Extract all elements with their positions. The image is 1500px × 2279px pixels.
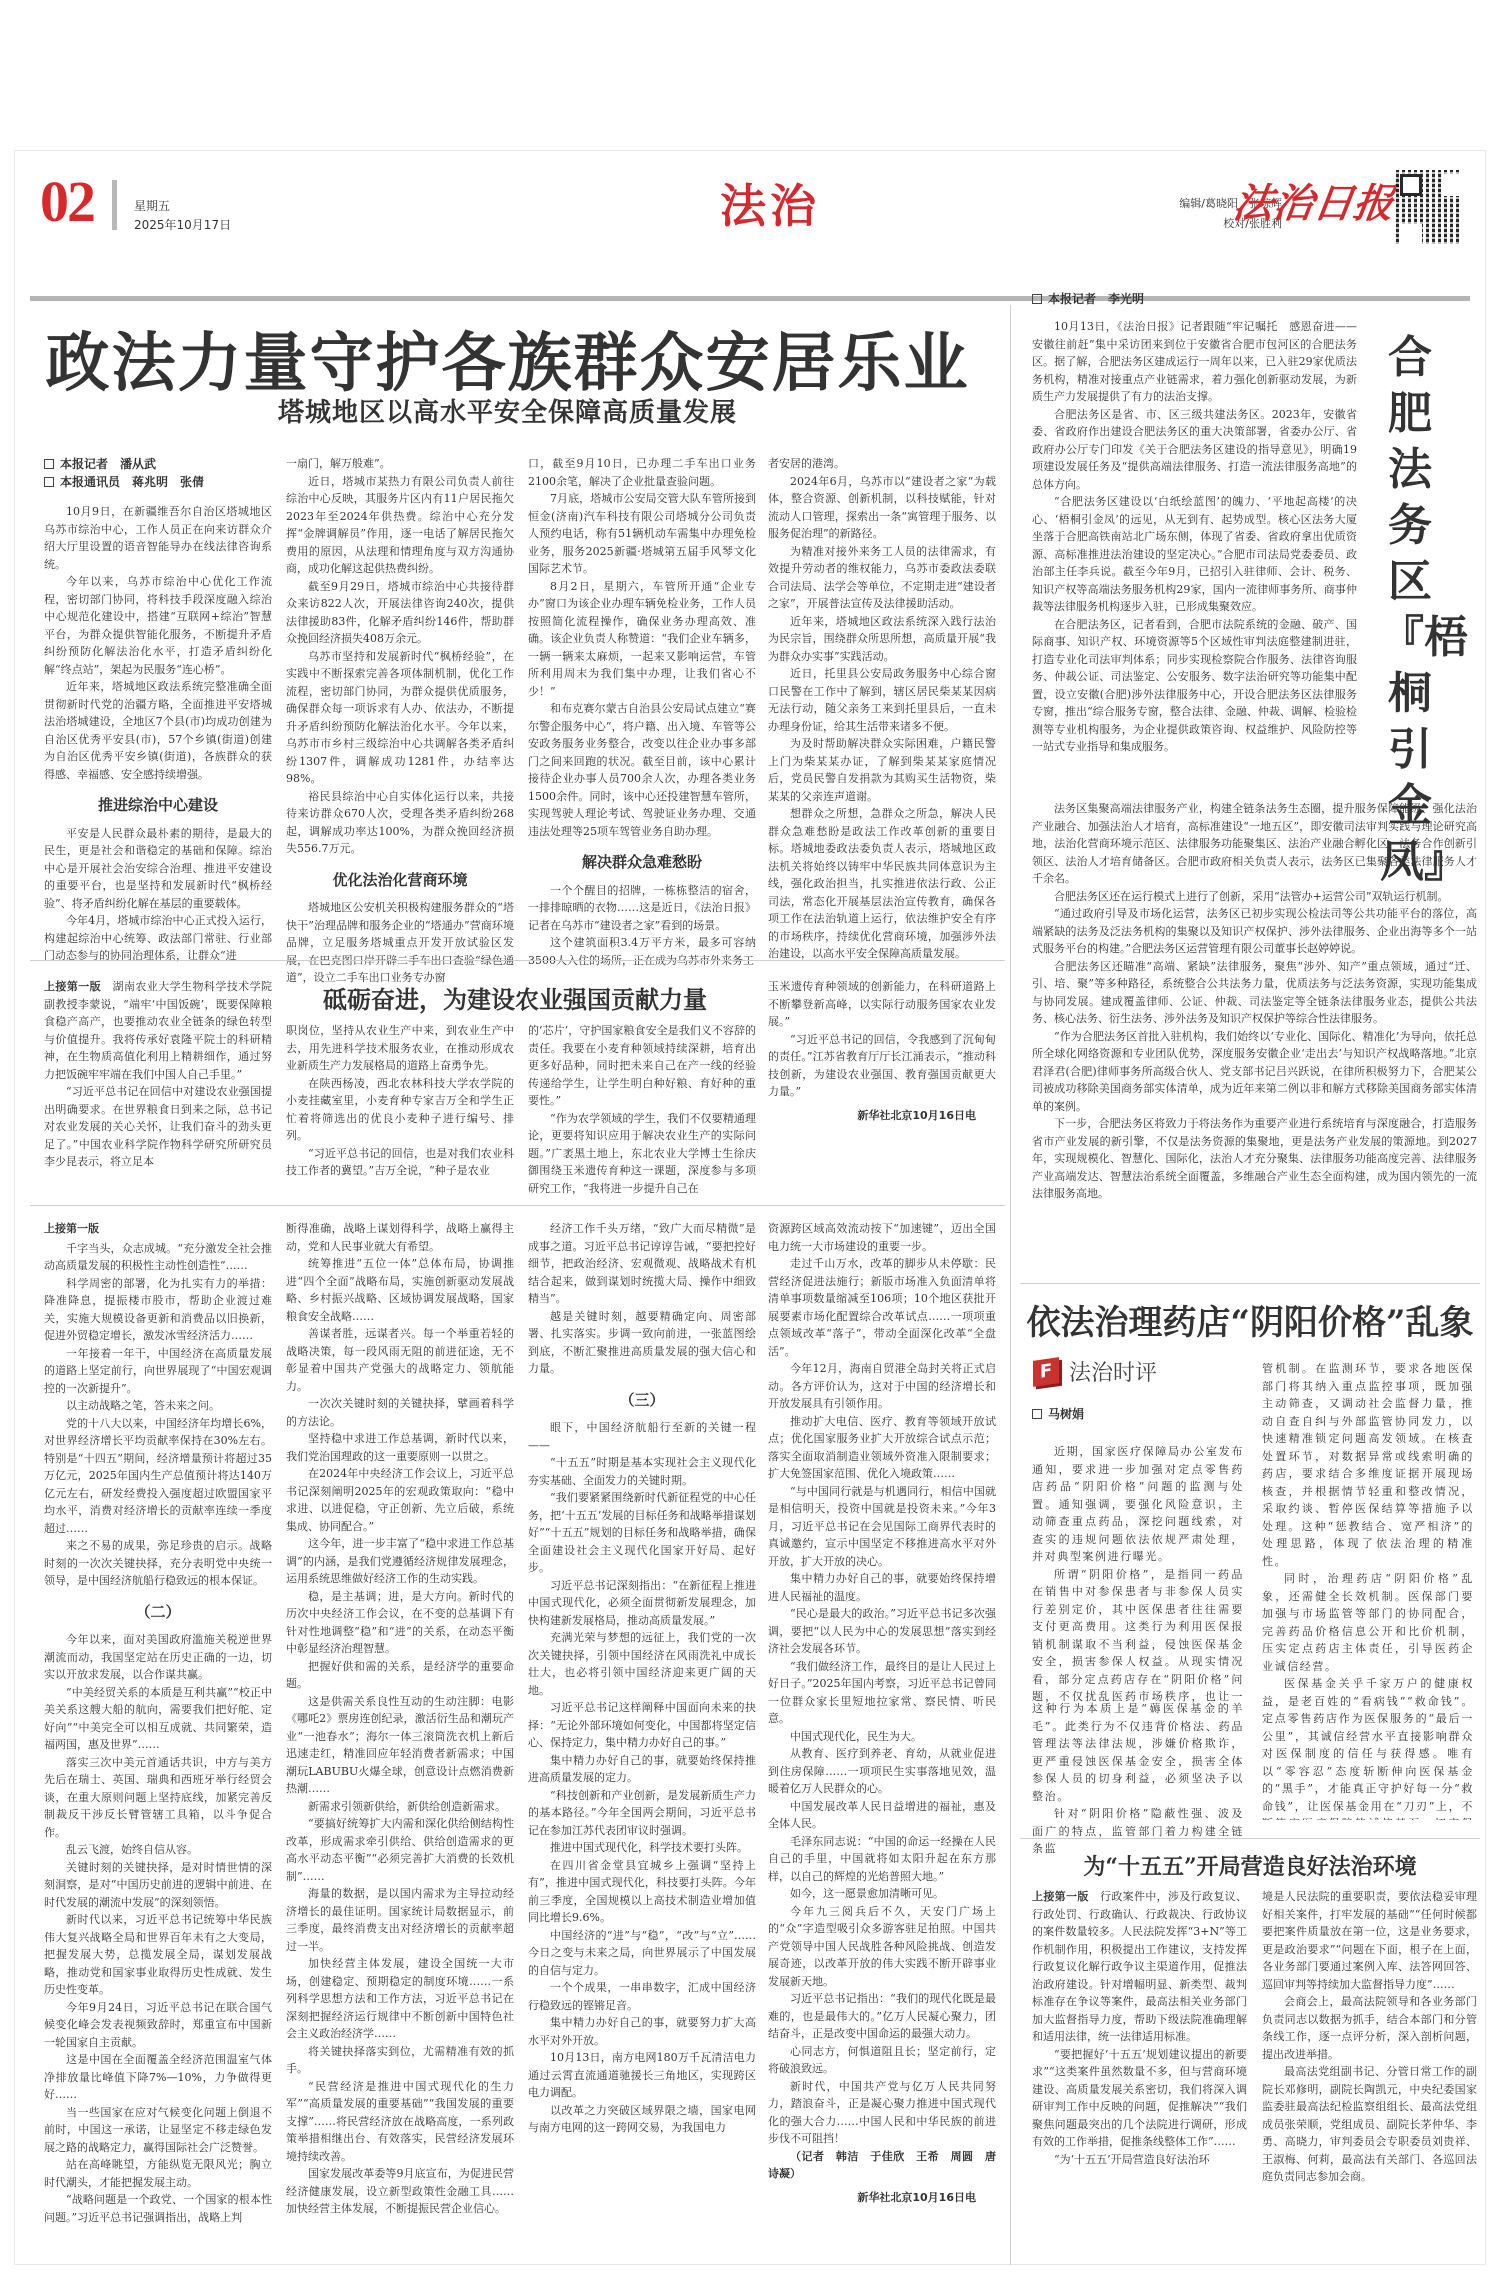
paragraph: 如今，这一愿景愈加清晰可见。: [768, 1885, 996, 1903]
court-article-col-1: 上接第一版 行政案件中，涉及行政复议、行政处罚、行政确认、行政裁决、行政协议的案…: [1032, 1888, 1247, 2258]
main-article-col-2: 一扇门，解万般难”。 近日，塔城市某热力有限公司负责人前往综治中心反映，其服务片…: [286, 455, 514, 987]
dateline: 新华社北京10月16日电: [768, 2189, 996, 2207]
paragraph: 合肥法务区是省、市、区三级共建法务区。2023年，安徽省委、省政府作出建设合肥法…: [1032, 406, 1357, 494]
court-article-col-2: 境是人民法院的重要职责，要依法稳妥审理好相关案件，打牢发展的基础”“任何时候都要…: [1262, 1888, 1477, 2258]
paragraph: 法务区集聚高端法律服务产业，构建全链条法务生态圈，提升服务保障能级、强化法治产业…: [1032, 800, 1477, 888]
paragraph: 关键时刻的关键抉择，是对时情世情的深刻洞察，是对“中国历史前进的逻辑中前进、在时…: [44, 1859, 272, 1912]
paragraph: 稳，是主基调；进，是大方向。新时代的历次中央经济工作会议，在不变的总基调下有针对…: [286, 1588, 514, 1658]
agri-article-col-4: 玉米遗传育种领域的创新能力，在科研道路上不断攀登新高峰，以实际行动服务国家农业发…: [768, 978, 996, 1124]
section-number: （三）: [528, 1392, 756, 1410]
paragraph: 近日，托里县公安局政务服务中心综合窗口民警在工作中了解到，辖区居民柴某某因病无法…: [768, 665, 996, 735]
paragraph: 将关键抉择落实到位，尤需精准有效的抓手。: [286, 2043, 514, 2078]
paragraph: 所谓“阴阳价格”，是指同一药品在销售中对参保患者与非参保人员实行差别定价，其中医…: [1032, 1566, 1244, 1706]
paragraph: 眼下，中国经济航船行至新的关键一程——: [528, 1419, 756, 1454]
paragraph: 今年4月，塔城市综治中心正式投入运行，构建起综治中心统筹、政法部门常驻、行业部门…: [44, 912, 272, 965]
paragraph: 中国经济的“进”与“稳”，“改”与“立”……今日之变与未来之局，向世界展示了中国…: [528, 1927, 756, 1980]
paragraph: 走过千山万水，改革的脚步从未停歇：民营经济促进法施行；新版市场准入负面清单将清单…: [768, 1255, 996, 1360]
paragraph: 截至9月29日，塔城市综治中心共接待群众来访822人次，开展法律咨询240次，提…: [286, 578, 514, 648]
paragraph: 一次次关键时刻的关键抉择，擘画着科学的方法论。: [286, 1395, 514, 1430]
fazhi-shiping-logo-icon: F: [1033, 1357, 1059, 1387]
paragraph: 在2024年中央经济工作会议上，习近平总书记深刻阐明2025年的宏观政策取向：“…: [286, 1465, 514, 1535]
continued-label: 上接第一版: [1032, 1890, 1089, 1903]
paragraph: 近日，塔城市某热力有限公司负责人前往综治中心反映，其服务片区内有11户居民拖欠2…: [286, 473, 514, 578]
paragraph: “要把握好‘十五五’规划建议提出的新要求”“这类案件虽然数量不多，但与营商环境建…: [1032, 2046, 1247, 2151]
main-subheadline: 塔城地区以高水平安全保障高质量发展: [30, 392, 985, 429]
qr-code-icon[interactable]: [1396, 170, 1462, 244]
page-number: 02: [40, 172, 94, 232]
commentary-badge: F 法治时评: [1033, 1356, 1157, 1387]
paragraph: “我们要紧紧围绕新时代新征程党的中心任务，把‘十五五’发展的目标任务和战略举措谋…: [528, 1489, 756, 1577]
paragraph: 从教育、医疗到养老、育幼，从就业促进到住房保障……一项项民生实事落地见效，温暖着…: [768, 1745, 996, 1798]
paragraph: 经济工作千头万绪，“致广大而尽精微”是成事之道。习近平总书记谆谆告诫，“要把控好…: [528, 1220, 756, 1308]
paragraph: “战略问题是一个政党、一个国家的根本性问题。”习近平总书记强调指出，战略上判: [44, 2191, 272, 2226]
main-headline: 政法力量守护各族群众安居乐业: [30, 312, 985, 404]
paragraph: “习近平总书记的回信，也是对我们农业科技工作者的冀望。”吉万全说，“种子是农业: [286, 1145, 514, 1180]
paragraph: 集中精力办好自己的事，就要始终保持增进人民福祉的温度。: [768, 1570, 996, 1605]
paragraph: 国家发展改革委等9月底宣布，为促进民营经济健康发展，设立新型政策性金融工具……加…: [286, 2165, 514, 2218]
section-divider: [30, 960, 1005, 961]
weekday: 星期五: [134, 197, 170, 214]
paragraph: 今年12月，海南自贸港全岛封关将正式启动。各方评价认为，这对于中国的经济增长和开…: [768, 1360, 996, 1413]
section-divider: [1020, 1283, 1480, 1284]
agri-article-col-3: 的‘芯片’，守护国家粮食安全是我们义不容辞的责任。我要在小麦育种领域持续深耕，培…: [528, 1022, 756, 1197]
paragraph: 今年以来，面对美国政府滥施关税逆世界潮流而动，我国坚定站在历史正确的一边，切实以…: [44, 1631, 272, 1684]
paragraph: 7月底，塔城市公安局交管大队车管所接到恒金(济南)汽车科技有限公司塔城分公司负责…: [528, 490, 756, 578]
paragraph: 下一步，合肥法务区将致力于将法务作为重要产业进行系统培育与深度融合，打造服务省市…: [1032, 1115, 1477, 1203]
paragraph: 近年来，塔城地区政法系统完整准确全面贯彻新时代党的治疆方略，全面推进平安塔城法治…: [44, 678, 272, 783]
paragraph: 推进中国式现代化，科学技术要打头阵。: [528, 1839, 756, 1857]
economy-article-col-2: 断得准确，战略上谋划得科学，战略上赢得主动，党和人民事业就大有希望。 统筹推进“…: [286, 1220, 514, 2260]
byline-box-icon: [44, 459, 54, 469]
paragraph: 乌苏市坚持和发展新时代“枫桥经验”，在实践中不断探索完善各项体制机制，优化工作流…: [286, 648, 514, 788]
column-divider: [1010, 305, 1011, 2265]
section-subhead: 推进综治中心建设: [44, 797, 272, 815]
paragraph: 想群众之所想，急群众之所急，解决人民群众急难愁盼是政法工作改革创新的重要目标。塔…: [768, 805, 996, 963]
paragraph: 来之不易的成果，弥足珍贵的启示。战略时刻的一次次关键抉择，充分表明党中央统一领导…: [44, 1537, 272, 1590]
paragraph: “十五五”时期是基本实现社会主义现代化夯实基础、全面发力的关键时期。: [528, 1454, 756, 1489]
paragraph: “与中国同行就是与机遇同行，相信中国就是相信明天，投资中国就是投资未来。”今年3…: [768, 1483, 996, 1571]
section-subhead: 解决群众急难愁盼: [528, 854, 756, 872]
paragraph: 新需求引领新供给，新供给创造新需求。: [286, 1798, 514, 1816]
column-label: 法治时评: [1069, 1356, 1157, 1387]
paragraph: 充满光荣与梦想的远征上，我们党的一次次关键抉择，引领中国经济在风雨洗礼中成长壮大…: [528, 1629, 756, 1699]
paragraph: 党的十八大以来，中国经济年均增长6%，对世界经济增长平均贡献率保持在30%左右。…: [44, 1415, 272, 1538]
paragraph-text: 湖南农业大学生物科学技术学院副教授李蒙说，“端牢‘中国饭碗’，既要保障粮食稳产高…: [44, 980, 272, 1081]
paragraph: 推动扩大电信、医疗、教育等领域开放试点；优化国家服务业扩大开放综合试点示范；落实…: [768, 1413, 996, 1483]
agri-headline: 砥砺奋进，为建设农业强国贡献力量: [280, 980, 750, 1015]
paragraph: 一个个成果，一串串数字，汇成中国经济行稳致远的铿锵足音。: [528, 1979, 756, 2014]
main-article-col-1: 本报记者 潘从武 本报通讯员 蒋兆明 张倩 10月9日，在新疆维吾尔自治区塔城地…: [44, 455, 272, 965]
paragraph: 职岗位，坚持从农业生产中来，到农业生产中去，用先进科学技术服务农业，在推动形成农…: [286, 1022, 514, 1075]
paragraph: 科学周密的部署，化为扎实有力的举措：降准降息，提振楼市股市，帮助企业渡过难关，实…: [44, 1275, 272, 1345]
paragraph: 最高法党组副书记、分管日常工作的副院长邓修明，副院长陶凯元，中央纪委国家监委驻最…: [1262, 2063, 1477, 2186]
commentary-col-2: 管机制。在监测环节，要求各地医保部门将其纳入重点监控事项，既加强主动筛查，又调动…: [1262, 1360, 1474, 1820]
paragraph: 这今年，进一步丰富了“稳中求进工作总基调”的内涵，是我们党遵循经济规律发展理念，…: [286, 1535, 514, 1588]
reporters-credit: （记者 韩洁 于佳欣 王希 周圆 唐诗凝）: [768, 2148, 996, 2183]
masthead: 02 星期五 2025年10月17日 法治 编辑/葛晓阳 张琼辉 校对/张胜利 …: [30, 170, 1470, 300]
paragraph: 加快经营主体发展，建设全国统一大市场，创建稳定、预期稳定的制度环境……一系列科学…: [286, 1955, 514, 2043]
newspaper-page: 02 星期五 2025年10月17日 法治 编辑/葛晓阳 张琼辉 校对/张胜利 …: [0, 0, 1500, 2279]
paragraph: 集中精力办好自己的事，就要努力扩大高水平对外开放。: [528, 2014, 756, 2049]
paragraph: 坚持稳中求进工作总基调，新时代以来，我们党治国理政的这一重要原则一以贯之。: [286, 1430, 514, 1465]
paragraph: 站在高峰眺望，方能纵览无限风光；胸立时代潮头，才能把握发展主动。: [44, 2156, 272, 2191]
byline-box-icon: [44, 477, 54, 487]
paragraph: “民心是最大的政治。”习近平总书记多次强调，要把“以人民为中心的发展思想”落实到…: [768, 1605, 996, 1658]
paragraph: 习近平总书记这样阐释中国面向未来的抉择：“无论外部环境如何变化，中国都将坚定信心…: [528, 1699, 756, 1752]
paragraph: 一年接着一年干，中国经济在高质量发展的道路上坚定前行，向世界展现了“中国宏观调控…: [44, 1345, 272, 1398]
paragraph: “中美经贸关系的本质是互利共赢”“校正中美关系这艘大船的航向，需要我们把好舵、定…: [44, 1684, 272, 1754]
paragraph: 为及时帮助解决群众实际困难，户籍民警上门为柴某某办证，了解到柴某某家庭情况后，党…: [768, 735, 996, 805]
paragraph: “我们做经济工作，最终目的是让人民过上好日子。”2025年国内考察，习近平总书记…: [768, 1658, 996, 1728]
main-article-col-3: 口，截至9月10日，已办理二手车出口业务2100余笔，解决了企业批量查验问题。 …: [528, 455, 756, 969]
paragraph: 新时代，中国共产党与亿万人民共同努力，踏浪奋斗，正是凝心聚力推进中国式现代化的强…: [768, 2078, 996, 2148]
main-article-col-4: 者安居的港湾。 2024年6月，乌苏市以“建设者之家”为载体，整合资源、创新机制…: [768, 455, 996, 963]
hefei-article-top: 本报记者 李光明 10月13日，《法治日报》记者跟随“牢记嘱托 感恩奋进——安徽…: [1032, 290, 1357, 756]
paragraph: 近年来，塔城地区政法系统深入践行法治为民宗旨，围绕群众所思所想，高质量开展“我为…: [768, 613, 996, 666]
commentary-headline: 依法治理药店“阴阳价格”乱象: [1020, 1295, 1480, 1344]
paragraph: “习近平总书记的回信，令我感到了沉甸甸的责任。”江苏省教育厅厅长江涌表示，“推动…: [768, 1031, 996, 1101]
paragraph-text: 行政案件中，涉及行政复议、行政处罚、行政确认、行政裁决、行政协议的案件数量较多。…: [1032, 1890, 1247, 2043]
byline: 本报记者 李光明: [1032, 290, 1357, 308]
hefei-article-bottom: 法务区集聚高端法律服务产业，构建全链条法务生态圈，提升服务保障能级、强化法治产业…: [1032, 800, 1477, 1203]
paragraph: 口，截至9月10日，已办理二手车出口业务2100余笔，解决了企业批量查验问题。: [528, 455, 756, 490]
section-number: （二）: [44, 1604, 272, 1622]
paragraph: 一个个醒目的招牌，一栋栋整洁的宿舍，一排排晾晒的衣物……这是近日，《法治日报》记…: [528, 882, 756, 935]
paragraph: 合肥法务区还瞄准“高端、紧缺”法律服务，聚焦“涉外、知产”重点领域，通过“迁、引…: [1032, 958, 1477, 1028]
paragraph: 千字当头，众志成城。“充分激发全社会推动高质量发展的积极性主动性创造性”……: [44, 1240, 272, 1275]
paragraph: 集中精力办好自己的事，就要始终保持推进高质量发展的定力。: [528, 1752, 756, 1787]
paragraph: 资源跨区域高效流动按下“加速键”，迈出全国电力统一大市场建设的重要一步。: [768, 1220, 996, 1255]
paragraph: 同时，治理药店“阴阳价格”乱象，还需健全长效机制。医保部门要加强与市场监管等部门…: [1262, 1570, 1474, 1675]
continued-label: 上接第一版: [44, 980, 101, 993]
paragraph: 塔城地区公安机关积极构建服务群众的“塔快干”治理品牌和服务企业的“塔通办”营商环…: [286, 899, 514, 987]
paragraph: 中国式现代化，民生为大。: [768, 1728, 996, 1746]
paragraph: 这是中国在全面覆盖全经济范围温室气体净排放量比峰值下降7%—10%，力争做得更好…: [44, 2051, 272, 2104]
paragraph: “作为合肥法务区首批入驻机构，我们始终以‘专业化、国际化、精准化’为导向，依托总…: [1032, 1028, 1477, 1116]
paragraph: “要搞好统筹扩大内需和深化供给侧结构性改革，形成需求牵引供给、供给创造需求的更高…: [286, 1815, 514, 1885]
continued-label: 上接第一版: [44, 1220, 272, 1238]
paragraph: 10月13日，《法治日报》记者跟随“牢记嘱托 感恩奋进——安徽往前赶”集中采访团…: [1032, 318, 1357, 406]
issue-date: 2025年10月17日: [134, 216, 231, 233]
paragraph: 海量的数据，是以国内需求为主导拉动经济增长的最佳证明。国家统计局数据显示，前三季…: [286, 1885, 514, 1955]
economy-article-col-3: 经济工作千头万绪，“致广大而尽精微”是成事之道。习近平总书记谆谆告诫，“要把控好…: [528, 1220, 756, 2260]
paragraph: 今年9月24日，习近平总书记在联合国气候变化峰会发表视频致辞时，郑重宣布中国新一…: [44, 1999, 272, 2052]
commentary-col-1-cont: 这种行为本质上是“薅医保基金的羊毛”。此类行为不仅违背价格法、药品管理法等法律法…: [1032, 1700, 1244, 1858]
paragraph: 今年以来，乌苏市综治中心优化工作流程，密切部门协同，将科技手段深度融入综治中心规…: [44, 573, 272, 678]
paragraph: 习近平总书记深刻指出：“在新征程上推进中国式现代化，必须全面贯彻新发展理念，加快…: [528, 1577, 756, 1630]
paragraph: 在陕西杨凌，西北农林科技大学农学院的小麦挂藏室里，小麦育种专家吉万全和学生正忙着…: [286, 1075, 514, 1145]
paragraph: 10月13日，南方电网180万千瓦清洁电力通过云霄直流通道驰援长三角地区，实现跨…: [528, 2049, 756, 2102]
byline-box-icon: [1032, 294, 1042, 304]
paragraph: 乱云飞渡，始终自信从容。: [44, 1841, 272, 1859]
paragraph: 10月9日，在新疆维吾尔自治区塔城地区乌苏市综治中心，工作人员正在向来访群众介绍…: [44, 503, 272, 573]
paragraph: 会商会上，最高法院领导和各业务部门负责同志以数据为抓手，结合本部门和分管条线工作…: [1262, 1993, 1477, 2063]
paragraph: 这种行为本质上是“薅医保基金的羊毛”。此类行为不仅违背价格法、药品管理法等法律法…: [1032, 1700, 1244, 1805]
paragraph: 以改革之力突破区域界限之墙，国家电网与南方电网的这一跨网交易，为我国电力: [528, 2102, 756, 2137]
paragraph: 毛泽东同志说：“中国的命运一经操在人民自己的手里，中国就将如太阳升起在东方那样，…: [768, 1833, 996, 1886]
paragraph: 医保基金关乎千家万户的健康权益，是老百姓的“看病钱”“救命钱”。定点零售药店作为…: [1262, 1675, 1474, 1820]
paragraph: 在四川省金堂县宜城乡上强调“坚持上有”，推进中国式现代化，科技要打头阵。今年前三…: [528, 1857, 756, 1927]
paragraph: 越是关键时刻，越要精确定向、周密部署、扎实落实。步调一致向前进，一张蓝图绘到底，…: [528, 1308, 756, 1378]
paragraph: 新时代以来，习近平总书记统筹中华民族伟大复兴战略全局和世界百年未有之大变局，把握…: [44, 1911, 272, 1999]
paragraph: “习近平总书记在回信中对建设农业强国提出明确要求。在世界粮食日到来之际，总书记对…: [44, 1083, 272, 1171]
paragraph: “合肥法务区建设以‘白纸绘蓝图’的魄力、‘平地起高楼’的决心、‘梧桐引金凤’的远…: [1032, 493, 1357, 616]
paragraph: 平安是人民群众最朴素的期待，是最大的民生，更是社会和谐稳定的基础和保障。综治中心…: [44, 825, 272, 913]
paragraph: 8月2日，星期六，车管所开通“企业专办”窗口为该企业办理车辆免检业务，工作人员按…: [528, 578, 756, 701]
paragraph: 统筹推进“五位一体”总体布局，协调推进“四个全面”战略布局，实施创新驱动发展战略…: [286, 1255, 514, 1325]
section-divider: [1020, 1838, 1480, 1839]
paragraph: 玉米遗传育种领域的创新能力，在科研道路上不断攀登新高峰，以实际行动服务国家农业发…: [768, 978, 996, 1031]
paragraph: “作为农学领域的学生，我们不仅要精通理论，更要将知识应用于解决农业生产的实际问题…: [528, 1110, 756, 1198]
economy-article-col-4: 资源跨区域高效流动按下“加速键”，迈出全国电力统一大市场建设的重要一步。 走过千…: [768, 1220, 996, 2260]
paragraph: 一扇门，解万般难”。: [286, 455, 514, 473]
byline: 本报通讯员 蒋兆明 张倩: [44, 473, 272, 491]
agri-article-col-1: 上接第一版 湖南农业大学生物科学技术学院副教授李蒙说，“端牢‘中国饭碗’，既要保…: [44, 978, 272, 1171]
dateline: 新华社北京10月16日电: [768, 1107, 996, 1125]
paragraph: 这是供需关系良性互动的生动注脚：电影《哪吒2》票房连创纪录，激活衍生品和潮玩产业…: [286, 1693, 514, 1798]
paragraph: 把握好供和需的关系，是经济学的重要命题。: [286, 1658, 514, 1693]
economy-article-col-1: 上接第一版 千字当头，众志成城。“充分激发全社会推动高质量发展的积极性主动性创造…: [44, 1220, 272, 2226]
paragraph: 习近平总书记指出：“我们的现代化既是最难的，也是最伟大的。”亿万人民凝心聚力，团…: [768, 1990, 996, 2043]
paragraph: 境是人民法院的重要职责，要依法稳妥审理好相关案件，打牢发展的基础”“任何时候都要…: [1262, 1888, 1477, 1993]
commentary-col-1: 马树娟 近期，国家医疗保障局办公室发布通知，要求进一步加强对定点零售药店药品“阴…: [1032, 1405, 1244, 1705]
byline-box-icon: [1032, 1409, 1042, 1419]
byline: 马树娟: [1032, 1405, 1244, 1423]
paragraph: “科技创新和产业创新，是发展新质生产力的基本路径。”今年全国两会期间，习近平总书…: [528, 1787, 756, 1840]
paragraph: “为‘十五五’开局营造良好法治环: [1032, 2151, 1247, 2169]
section-subhead: 优化法治化营商环境: [286, 872, 514, 890]
page-number-divider: [112, 180, 117, 230]
paragraph: 这个建筑面积3.4万平方米，最多可容纳3500人入住的场所，正在成为乌苏市外来务…: [528, 934, 756, 969]
paragraph: 的‘芯片’，守护国家粮食安全是我们义不容辞的责任。我要在小麦育种领域持续深耕，培…: [528, 1022, 756, 1110]
paragraph: 和布克赛尔蒙古自治县公安局试点建立“赛尔警企服务中心”，将户籍、出入境、车管等公…: [528, 700, 756, 840]
byline: 本报记者 潘从武: [44, 455, 272, 473]
paragraph: 者安居的港湾。: [768, 455, 996, 473]
paragraph: 合肥法务区还在运行模式上进行了创新，采用“法管办+运营公司”双轨运行机制。: [1032, 888, 1477, 906]
newspaper-logo: 法治日报: [1230, 172, 1398, 229]
paragraph: “民营经济是推进中国式现代化的生力军”“高质量发展的重要基础”“我国发展的重要支…: [286, 2078, 514, 2166]
paragraph: 断得准确，战略上谋划得科学，战略上赢得主动，党和人民事业就大有希望。: [286, 1220, 514, 1255]
paragraph: 裕民县综治中心自实体化运行以来，共接待来访群众670人次，受理各类矛盾纠纷268…: [286, 788, 514, 858]
paragraph: 中国发展改革人民日益增进的福祉，惠及全体人民。: [768, 1798, 996, 1833]
section-title: 法治: [720, 170, 820, 236]
paragraph: 今年九三阅兵后不久，天安门广场上的“众”字造型吸引众多游客驻足拍照。中国共产党领…: [768, 1903, 996, 1991]
paragraph: 善谋者胜，远谋者兴。每一个举重若轻的战略决策，每一段风雨无阻的前进征途，无不彰显…: [286, 1325, 514, 1395]
paragraph: 当一些国家在应对气候变化问题上倒退不前时，中国这一承诺，让显坚定不移走绿色发展之…: [44, 2104, 272, 2157]
paragraph: 管机制。在监测环节，要求各地医保部门将其纳入重点监控事项，既加强主动筛查，又调动…: [1262, 1360, 1474, 1570]
court-headline: 为“十五五”开局营造良好法治环境: [1020, 1850, 1480, 1881]
paragraph: 以主动战略之笔，答未来之问。: [44, 1397, 272, 1415]
paragraph: 落实三次中美元首通话共识，中方与美方先后在瑞士、英国、瑞典和西班牙举行经贸会谈，…: [44, 1754, 272, 1842]
paragraph: 在合肥法务区，记者看到，合肥市法院系统的金融、破产、国际商事、知识产权、环境资源…: [1032, 616, 1357, 756]
section-divider: [30, 1205, 1005, 1206]
paragraph: 心同志方，何惧道阻且长；坚定前行，定将破浪致远。: [768, 2043, 996, 2078]
paragraph: 近期，国家医疗保障局办公室发布通知，要求进一步加强对定点零售药店药品“阴阳价格”…: [1032, 1443, 1244, 1566]
agri-article-col-2: 职岗位，坚持从农业生产中来，到农业生产中去，用先进科学技术服务农业，在推动形成农…: [286, 1022, 514, 1180]
paragraph: 2024年6月，乌苏市以“建设者之家”为载体，整合资源、创新机制，以科技赋能，针…: [768, 473, 996, 543]
paragraph: 为精准对接外来务工人员的法律需求，有效提升劳动者的维权能力，乌苏市委政法委联合司…: [768, 543, 996, 613]
paragraph: “通过政府引导及市场化运营，法务区已初步实现公检法司等公共功能平台的落位，高端紧…: [1032, 905, 1477, 958]
